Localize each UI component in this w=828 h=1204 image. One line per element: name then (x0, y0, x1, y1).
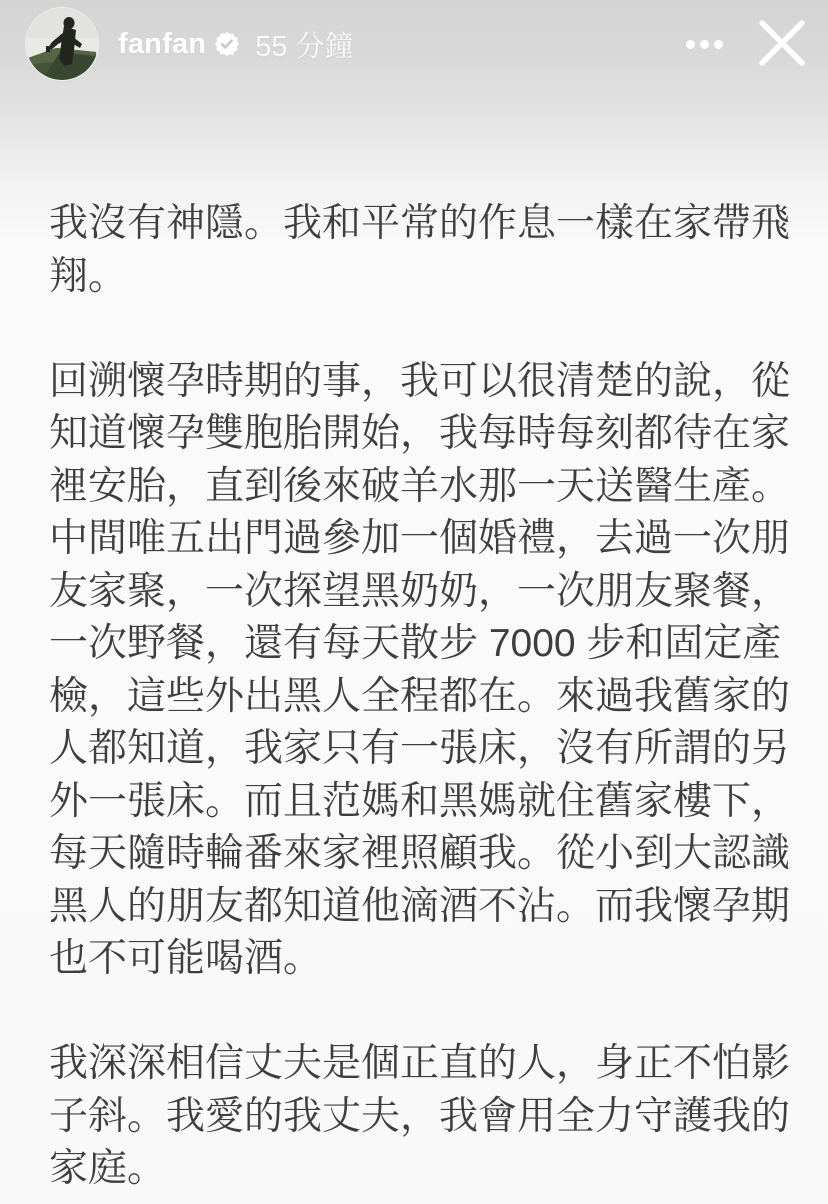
story-line: 黑人的朋友都知道他滴酒不沾。而我懷孕期 (49, 881, 789, 934)
username[interactable]: fanfan (118, 28, 206, 61)
more-options-icon (686, 40, 695, 49)
story-line: 子斜。我愛的我丈夫，我會用全力守護我的 (49, 1091, 789, 1144)
story-paragraph: 我深深相信丈夫是個正直的人，身正不怕影子斜。我愛的我丈夫，我會用全力守護我的家庭… (49, 1038, 789, 1196)
close-button[interactable] (754, 16, 810, 72)
story-line: 家庭。 (49, 1143, 789, 1196)
avatar[interactable] (26, 8, 98, 80)
story-line: 外一張床。而且范媽和黑媽就住舊家樓下， (49, 776, 789, 829)
story-line: 我深深相信丈夫是個正直的人，身正不怕影 (49, 1038, 789, 1091)
story-line: 回溯懷孕時期的事，我可以很清楚的說，從 (49, 356, 789, 409)
more-options-icon (700, 40, 709, 49)
story-line: 裡安胎，直到後來破羊水那一天送醫生產。 (49, 461, 789, 514)
story-line: 一次野餐，還有每天散步 7000 步和固定產 (49, 618, 789, 671)
verified-badge-icon (215, 32, 239, 56)
story-paragraph: 我沒有神隱。我和平常的作息一樣在家帶飛翔。 (49, 198, 789, 303)
story-line: 翔。 (49, 251, 789, 304)
story-line: 檢，這些外出黑人全程都在。來過我舊家的 (49, 671, 789, 724)
more-options-button[interactable] (680, 20, 728, 68)
story-line: 人都知道，我家只有一張床，沒有所謂的另 (49, 723, 789, 776)
story-header: fanfan 55 分鐘 (26, 8, 810, 80)
avatar-photo (26, 8, 98, 80)
story-line: 中間唯五出門過參加一個婚禮，去過一次朋 (49, 513, 789, 566)
close-icon (758, 20, 806, 68)
story-line: 每天隨時輪番來家裡照顧我。從小到大認識 (49, 828, 789, 881)
more-options-icon (714, 40, 723, 49)
story-paragraph: 回溯懷孕時期的事，我可以很清楚的說，從知道懷孕雙胞胎開始，我每時每刻都待在家裡安… (49, 356, 789, 986)
story-line: 友家聚，一次探望黑奶奶，一次朋友聚餐， (49, 566, 789, 619)
story-view: fanfan 55 分鐘 我沒有神隱。我和平常的作息一樣在家帶飛翔。回溯懷孕時期… (0, 0, 828, 1204)
story-text: 我沒有神隱。我和平常的作息一樣在家帶飛翔。回溯懷孕時期的事，我可以很清楚的說，從… (49, 198, 789, 1196)
story-line: 知道懷孕雙胞胎開始，我每時每刻都待在家 (49, 408, 789, 461)
story-line: 也不可能喝酒。 (49, 933, 789, 986)
story-line: 我沒有神隱。我和平常的作息一樣在家帶飛 (49, 198, 789, 251)
timestamp: 55 分鐘 (255, 24, 353, 65)
